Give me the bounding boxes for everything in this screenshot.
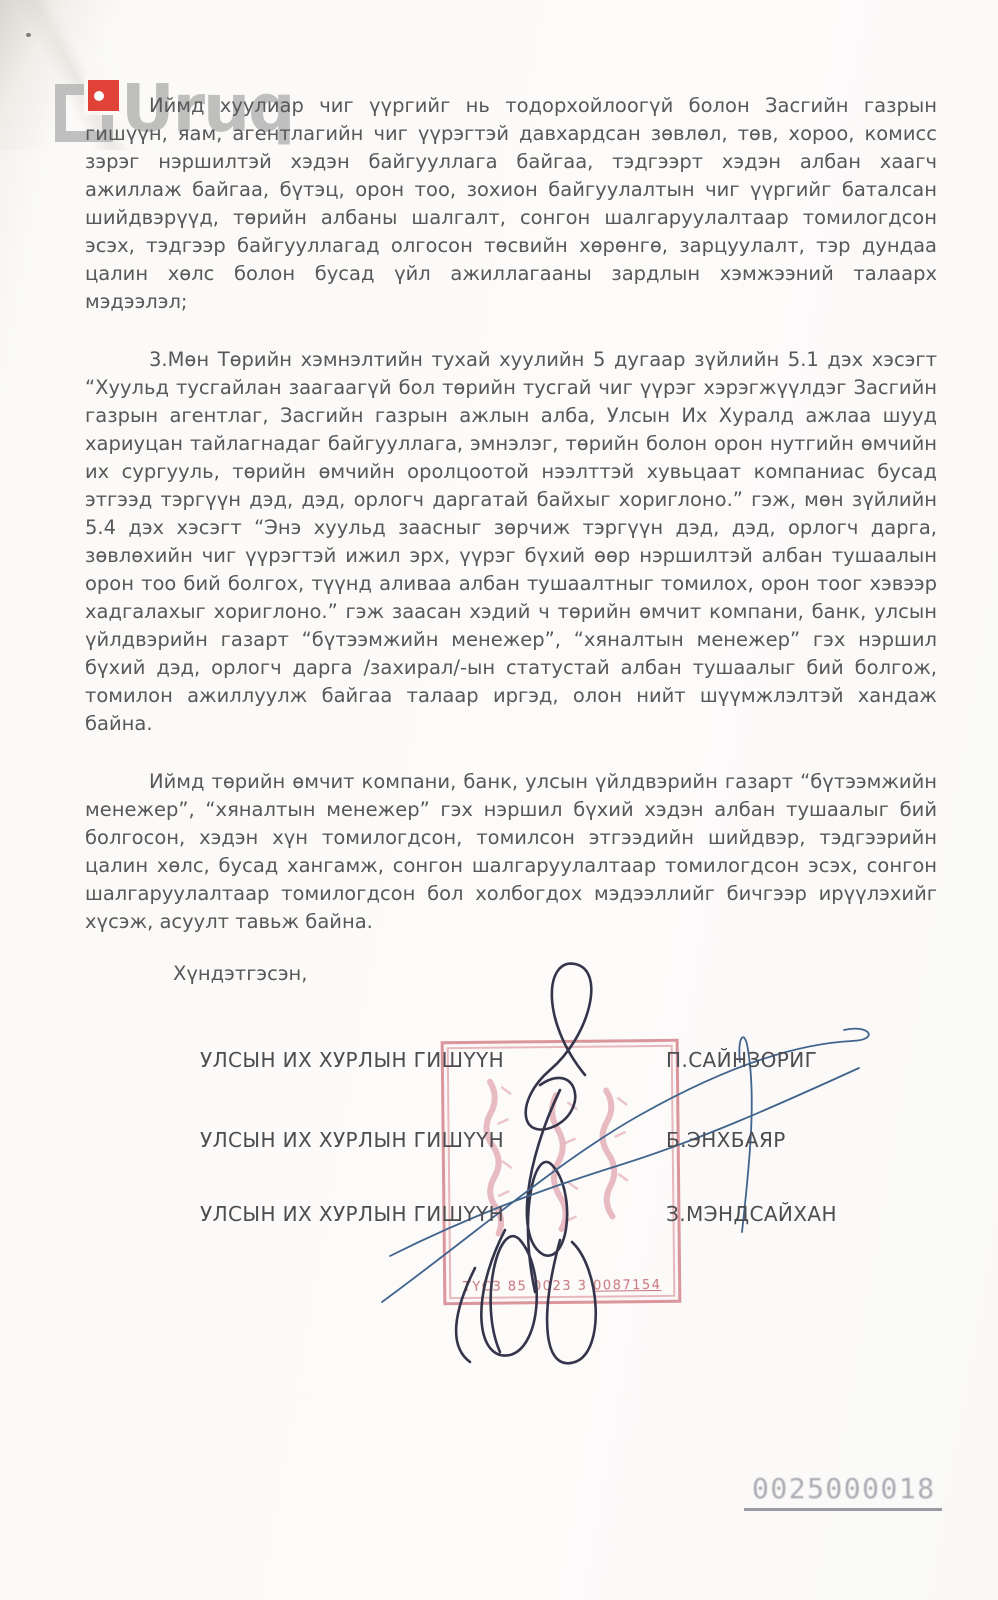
closing-salutation: Хүндэтгэсэн, [85, 960, 937, 988]
registration-number: 0025000018 [752, 1472, 936, 1505]
paragraph-request: Иймд төрийн өмчит компани, банк, улсын ү… [85, 768, 937, 936]
signatory-name-3: З.МЭНДСАЙХАН [666, 1202, 837, 1226]
signatory-title-3: УЛСЫН ИХ ХУРЛЫН ГИШҮҮН [200, 1202, 504, 1226]
paragraph-law-citation: 3.Мөн Төрийн хэмнэлтийн тухай хуулийн 5 … [85, 346, 937, 738]
paragraph-functions-info: Иймд хуулиар чиг үүргийг нь тодорхойлоог… [85, 92, 937, 316]
stamp-serial-line: ТҮСЗ 85 0023 3 0087154 [446, 1278, 678, 1295]
registration-number-underline [744, 1508, 942, 1511]
signatory-title-2: УЛСЫН ИХ ХУРЛЫН ГИШҮҮН [200, 1128, 504, 1152]
stamp-vertical-script [444, 1042, 679, 1302]
letter-body: Иймд хуулиар чиг үүргийг нь тодорхойлоог… [85, 92, 937, 1018]
stamp-serial-number: 0087154 [593, 1278, 662, 1294]
scan-speck-artifact [26, 33, 31, 37]
signatory-title-1: УЛСЫН ИХ ХУРЛЫН ГИШҮҮН [200, 1048, 504, 1072]
stamp-serial-prefix: ТҮСЗ 85 0023 3 [463, 1279, 588, 1295]
scanned-letter-page: Uruq Иймд хуулиар чиг үүргийг нь тодорхо… [0, 0, 998, 1600]
signatory-name-2: Б.ЭНХБАЯР [666, 1128, 786, 1152]
official-stamp: ТҮСЗ 85 0023 3 0087154 [441, 1039, 682, 1305]
signatory-name-1: П.САЙНЗОРИГ [666, 1048, 817, 1072]
